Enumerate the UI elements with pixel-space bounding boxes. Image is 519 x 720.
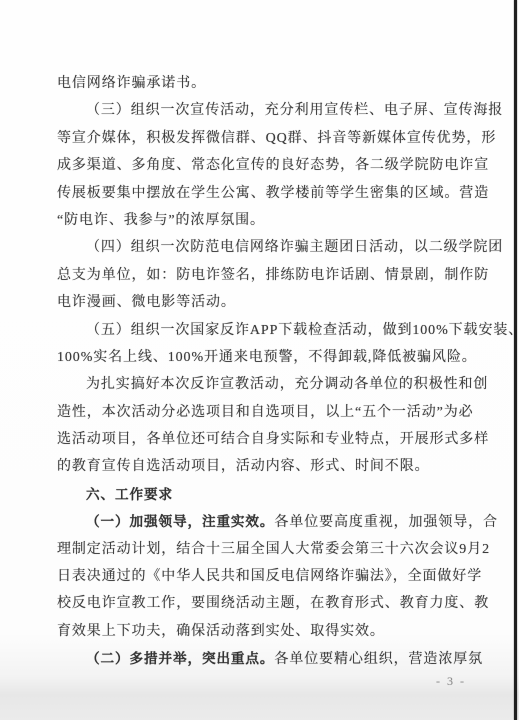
- text-line: 等宣介媒体，积极发挥微信群、QQ群、抖音等新媒体宣传优势，形: [57, 125, 479, 152]
- text-line: 校反电诈宣教工作，要围绕活动主题，在教育形式、教育力度、教: [57, 590, 479, 617]
- text-segment-bold: （一）加强领导，注重实效。: [86, 514, 274, 529]
- text-line: 为扎实搞好本次反诈宣教活动，充分调动各单位的积极性和创: [57, 371, 479, 398]
- text-segment: 校反电诈宣教工作，要围绕活动主题，在教育形式、教育力度、教: [57, 596, 489, 611]
- text-segment: 造性，本次活动分必选项目和自选项目，以上“五个一活动”为必: [57, 405, 474, 420]
- text-segment: 电信网络诈骗承诺书。: [57, 76, 206, 91]
- document-body: 电信网络诈骗承诺书。（三）组织一次宣传活动，充分利用宣传栏、电子屏、宣传海报等宣…: [57, 70, 479, 673]
- text-line: 育效果上下功夫，确保活动落到实处、取得实效。: [57, 618, 479, 645]
- text-line: 的教育宣传自选活动项目，活动内容、形式、时间不限。: [57, 453, 479, 480]
- text-line: （一）加强领导，注重实效。各单位要高度重视，加强领导，合: [57, 508, 479, 535]
- text-segment: （三）组织一次宣传活动，充分利用宣传栏、电子屏、宣传海报: [86, 103, 503, 118]
- text-segment-bold: （二）多措并举，突出重点。: [86, 651, 274, 666]
- text-line: （五）组织一次国家反诈APP下载检查活动，做到100%下载安装、: [57, 317, 479, 344]
- text-segment: “防电诈、我参与”的浓厚氛围。: [57, 213, 265, 228]
- text-line: 造性，本次活动分必选项目和自选项目，以上“五个一活动”为必: [57, 399, 479, 426]
- text-line: 六、工作要求: [57, 481, 479, 508]
- text-segment: 等宣介媒体，积极发挥微信群、QQ群、抖音等新媒体宣传优势，形: [57, 131, 496, 146]
- text-segment: 传展板要集中摆放在学生公寓、教学楼前等学生密集的区域。营造: [57, 186, 489, 201]
- text-segment-bold: 六、工作要求: [86, 487, 173, 502]
- text-segment: 日表决通过的《中华人民共和国反电信网络诈骗法》，全面做好学: [57, 569, 482, 584]
- text-line: 成多渠道、多角度、常态化宣传的良好态势，各二级学院防电诈宣: [57, 152, 479, 179]
- text-segment: 的教育宣传自选活动项目，活动内容、形式、时间不限。: [57, 459, 430, 474]
- document-page: 电信网络诈骗承诺书。（三）组织一次宣传活动，充分利用宣传栏、电子屏、宣传海报等宣…: [0, 0, 519, 720]
- text-line: 总支为单位，如：防电诈签名，排练防电诈话剧、情景剧，制作防: [57, 262, 479, 289]
- text-line: 选活动项目，各单位还可结合自身实际和专业特点，开展形式多样: [57, 426, 479, 453]
- text-segment: 各单位要精心组织，营造浓厚氛: [274, 652, 483, 667]
- text-segment: 各单位要高度重视，加强领导，合: [274, 515, 498, 530]
- text-segment: 总支为单位，如：防电诈签名，排练防电诈话剧、情景剧，制作防: [57, 268, 489, 283]
- text-segment: 100%实名上线、100%开通来电预警，不得卸载,降低被骗风险。: [57, 350, 477, 365]
- text-line: 电诈漫画、微电影等活动。: [57, 289, 479, 316]
- page-number: - 3 -: [436, 673, 466, 689]
- text-segment: （五）组织一次国家反诈APP下载检查活动，做到100%下载安装、: [86, 323, 519, 338]
- text-line: （四）组织一次防范电信网络诈骗主题团日活动，以二级学院团: [57, 234, 479, 261]
- text-segment: 成多渠道、多角度、常态化宣传的良好态势，各二级学院防电诈宣: [57, 158, 489, 173]
- text-segment: 选活动项目，各单位还可结合自身实际和专业特点，开展形式多样: [57, 432, 489, 447]
- text-segment: （四）组织一次防范电信网络诈骗主题团日活动，以二级学院团: [86, 240, 503, 255]
- scan-edge-line: [514, 0, 517, 720]
- text-segment: 育效果上下功夫，确保活动落到实处、取得实效。: [57, 624, 385, 639]
- text-line: （二）多措并举，突出重点。各单位要精心组织，营造浓厚氛: [57, 645, 479, 672]
- text-segment: 理制定活动计划，结合十三届全国人大常委会第三十六次会议9月2: [57, 542, 490, 557]
- text-segment: 电诈漫画、微电影等活动。: [57, 295, 236, 310]
- text-line: “防电诈、我参与”的浓厚氛围。: [57, 207, 479, 234]
- text-line: 传展板要集中摆放在学生公寓、教学楼前等学生密集的区域。营造: [57, 180, 479, 207]
- text-line: 电信网络诈骗承诺书。: [57, 70, 479, 97]
- text-line: 理制定活动计划，结合十三届全国人大常委会第三十六次会议9月2: [57, 536, 479, 563]
- text-line: 日表决通过的《中华人民共和国反电信网络诈骗法》，全面做好学: [57, 563, 479, 590]
- text-line: 100%实名上线、100%开通来电预警，不得卸载,降低被骗风险。: [57, 344, 479, 371]
- text-segment: 为扎实搞好本次反诈宣教活动，充分调动各单位的积极性和创: [86, 377, 488, 392]
- text-line: （三）组织一次宣传活动，充分利用宣传栏、电子屏、宣传海报: [57, 97, 479, 124]
